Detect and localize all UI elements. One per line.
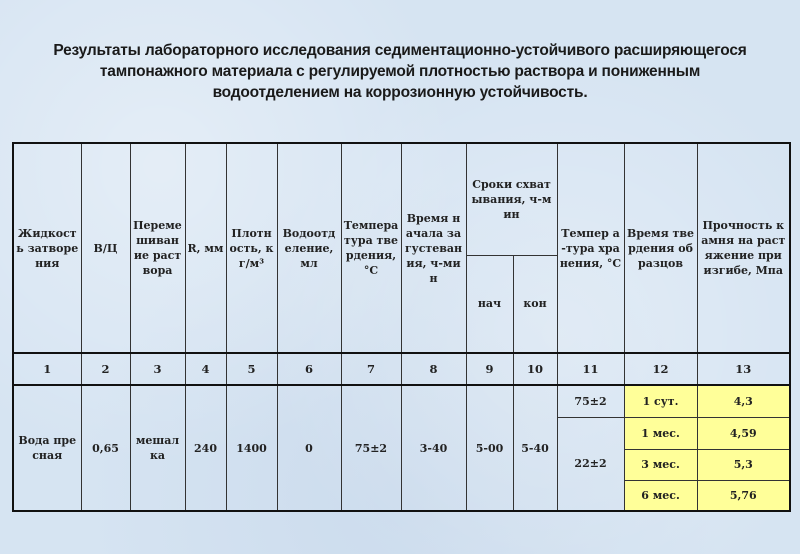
cell-hardening-temp: 75±2 <box>341 385 401 511</box>
column-number: 13 <box>697 353 790 385</box>
column-number: 5 <box>226 353 277 385</box>
cell-water-separation: 0 <box>277 385 341 511</box>
header-water-separation: Водоотделение, мл <box>277 143 341 353</box>
column-number: 3 <box>130 353 185 385</box>
header-thickening-time: Время начала загустевания, ч-мин <box>401 143 466 353</box>
header-liquid: Жидкость затворения <box>13 143 81 353</box>
cell-liquid: Вода пресная <box>13 385 81 511</box>
cell-setting-start: 5-00 <box>466 385 513 511</box>
cell-strength: 5,76 <box>697 480 790 511</box>
cell-mixing: мешалка <box>130 385 185 511</box>
column-number: 11 <box>557 353 624 385</box>
header-r: R, мм <box>185 143 226 353</box>
cell-wc: 0,65 <box>81 385 130 511</box>
column-number: 10 <box>513 353 557 385</box>
cell-cure-time: 1 сут. <box>624 385 697 417</box>
header-storage-temp: Темпер а-тура хранения, °С <box>557 143 624 353</box>
cell-thickening-time: 3-40 <box>401 385 466 511</box>
header-density: Плотность, кг/м³ <box>226 143 277 353</box>
cell-strength: 5,3 <box>697 449 790 480</box>
column-number: 4 <box>185 353 226 385</box>
cell-r: 240 <box>185 385 226 511</box>
cell-storage-temp: 22±2 <box>557 417 624 511</box>
header-mixing: Перемешивание раствора <box>130 143 185 353</box>
column-number: 9 <box>466 353 513 385</box>
header-cure-time: Время твердения образцов <box>624 143 697 353</box>
cell-density: 1400 <box>226 385 277 511</box>
column-number-row: 1 2 3 4 5 6 7 8 9 10 11 12 13 <box>13 353 790 385</box>
cell-cure-time: 3 мес. <box>624 449 697 480</box>
header-setting-start: нач <box>466 255 513 353</box>
column-number: 1 <box>13 353 81 385</box>
column-number: 2 <box>81 353 130 385</box>
cell-strength: 4,3 <box>697 385 790 417</box>
cell-cure-time: 1 мес. <box>624 417 697 449</box>
header-setting-time: Сроки схватывания, ч-мин <box>466 143 557 255</box>
column-number: 7 <box>341 353 401 385</box>
header-strength: Прочность камня на растяжение при изгибе… <box>697 143 790 353</box>
results-table: Жидкость затворения В/Ц Перемешивание ра… <box>12 142 791 512</box>
cell-storage-temp: 75±2 <box>557 385 624 417</box>
page-title: Результаты лабораторного исследования се… <box>40 40 760 103</box>
cell-cure-time: 6 мес. <box>624 480 697 511</box>
cell-strength: 4,59 <box>697 417 790 449</box>
header-wc: В/Ц <box>81 143 130 353</box>
header-setting-end: кон <box>513 255 557 353</box>
header-hardening-temp: Температура твердения, °С <box>341 143 401 353</box>
column-number: 12 <box>624 353 697 385</box>
column-number: 8 <box>401 353 466 385</box>
table-row: Вода пресная 0,65 мешалка 240 1400 0 75±… <box>13 385 790 417</box>
column-number: 6 <box>277 353 341 385</box>
cell-setting-end: 5-40 <box>513 385 557 511</box>
